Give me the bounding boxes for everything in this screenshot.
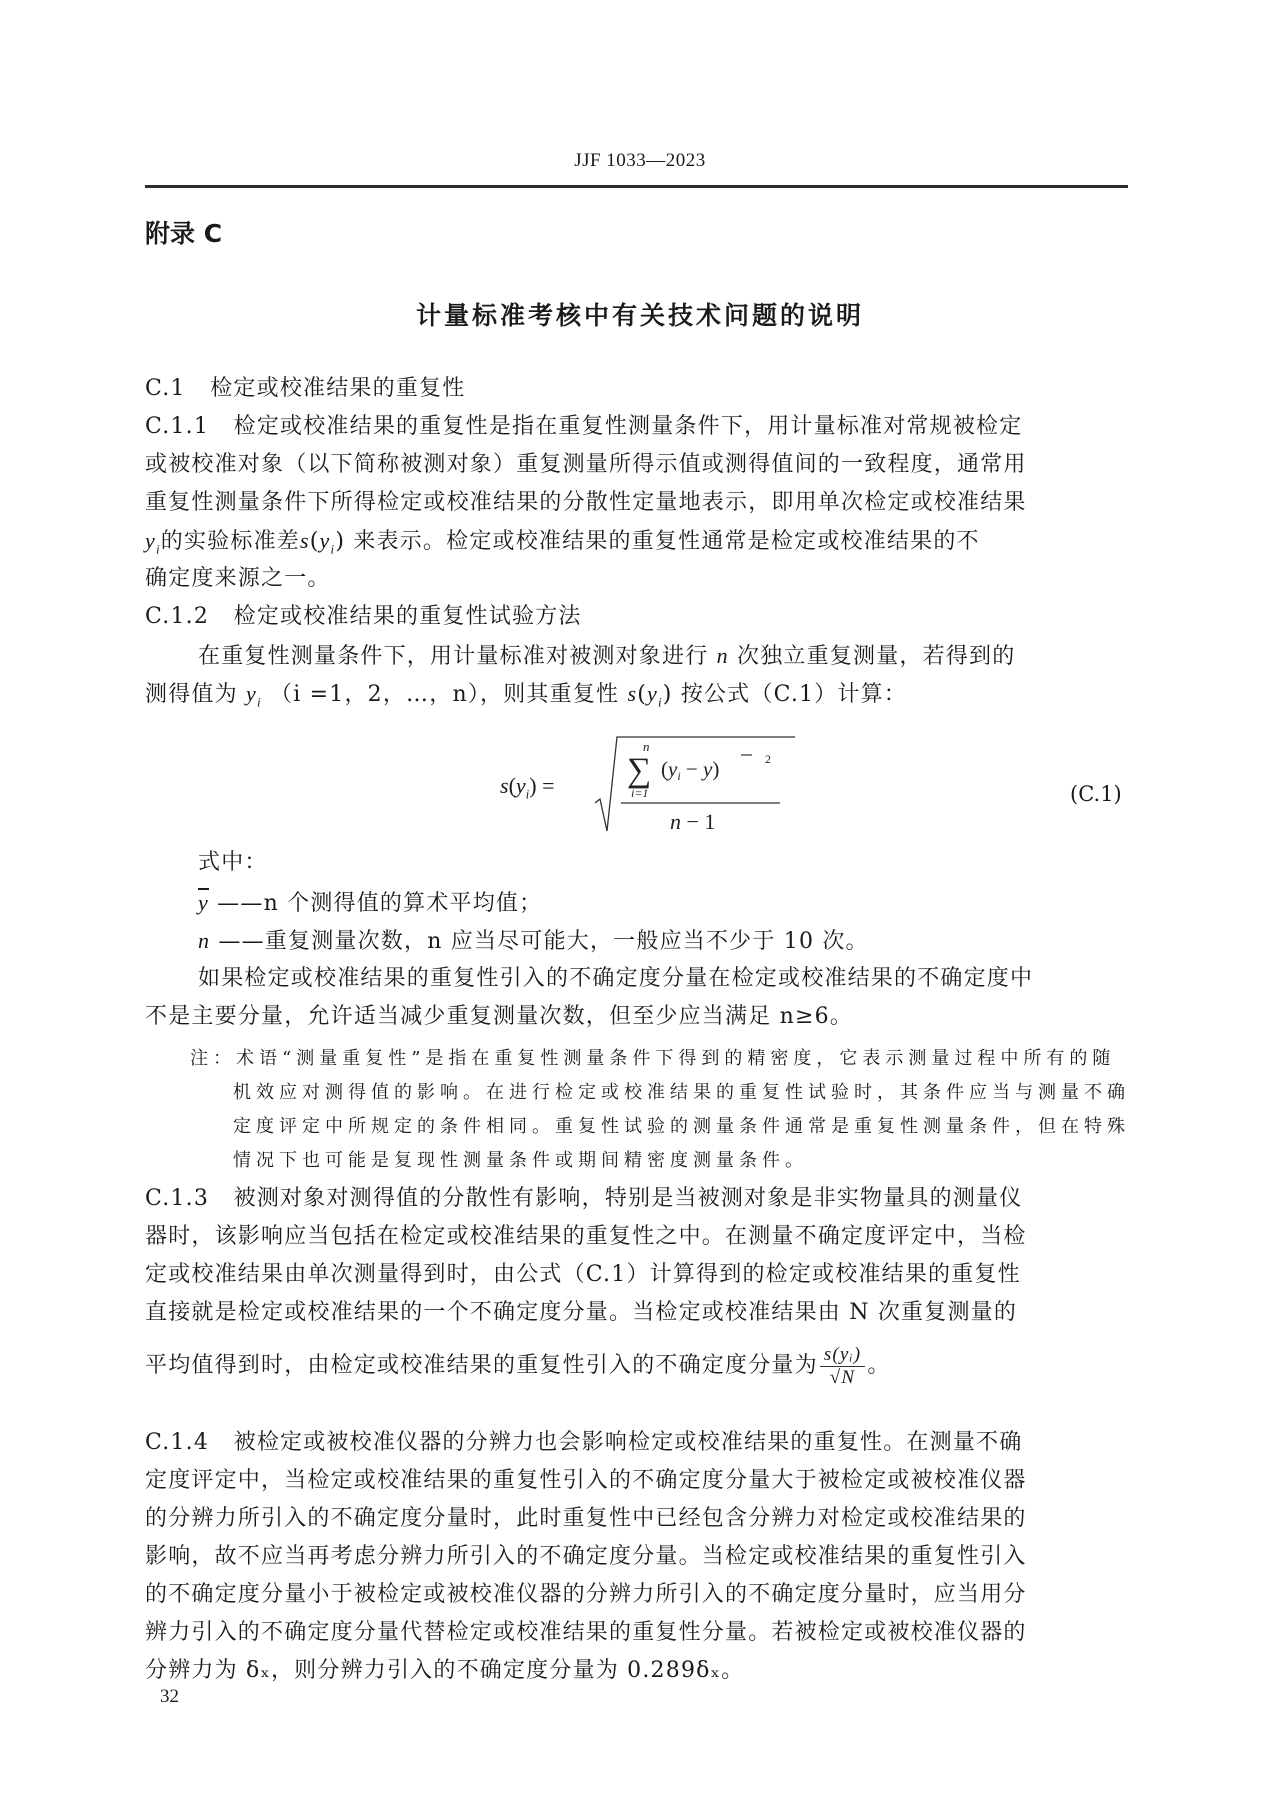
section-number: C.1 [145, 376, 186, 401]
text: ——重复测量次数，n 应当尽可能大，一般应当不少于 10 次。 [218, 929, 868, 954]
text: （i =1，2，…，n），则其重复性 [270, 682, 619, 707]
paragraph-c13-line-4: 直接就是检定或校准结果的一个不确定度分量。当检定或校准结果由 N 次重复测量的 [145, 1298, 1135, 1328]
paragraph-c14-line-4: 影响，故不应当再考虑分辨力所引入的不确定度分量。当检定或校准结果的重复性引入 [145, 1542, 1135, 1572]
symbol-s-yi: s [300, 528, 310, 553]
paragraph-c11-line-1: C.1.1 检定或校准结果的重复性是指在重复性测量条件下，用计量标准对常规被检定 [145, 412, 1135, 442]
appendix-label: 附录 C [145, 214, 222, 250]
formula-c1: s(yi) = n ∑ i=1 (yi − y) 2 n − 1 [500, 735, 800, 835]
text: 次独立重复测量，若得到的 [737, 644, 1015, 669]
page-title: 计量标准考核中有关技术问题的说明 [0, 296, 1280, 332]
text: ——n 个测得值的算术平均值； [217, 891, 542, 916]
page-number: 32 [160, 1686, 179, 1708]
paragraph-c14-line-2: 定度评定中，当检定或校准结果的重复性引入的不确定度分量大于被检定或被校准仪器 [145, 1466, 1135, 1496]
inline-fraction: s(yᵢ)√N [820, 1344, 866, 1389]
text: 测得值为 [145, 682, 238, 707]
text: 被测对象对测得值的分散性有影响，特别是当被测对象是非实物量具的测量仪 [234, 1186, 1023, 1211]
paragraph-c14-line-1: C.1.4 被检定或被校准仪器的分辨力也会影响检定或校准结果的重复性。在测量不确 [145, 1428, 1135, 1458]
paragraph-c12-line-2: 测得值为 yi （i =1，2，…，n），则其重复性 s(yi) 按公式（C.1… [145, 679, 1135, 717]
paragraph-c14-line-3: 的分辨力所引入的不确定度分量时，此时重复性中已经包含分辨力对检定或校准结果的 [145, 1504, 1135, 1534]
section-c12-heading: C.1.2 检定或校准结果的重复性试验方法 [145, 602, 1135, 632]
text: 。 [867, 1353, 890, 1378]
text: 来表示。检定或校准结果的重复性通常是检定或校准结果的不 [353, 529, 979, 554]
where-item-n: n ——重复测量次数，n 应当尽可能大，一般应当不少于 10 次。 [198, 926, 1188, 957]
note-line-3: 定度评定中所规定的条件相同。重复性试验的测量条件通常是重复性测量条件，但在特殊 [233, 1112, 1223, 1142]
paragraph-c13-line-3: 定或校准结果由单次测量得到时，由公式（C.1）计算得到的检定或校准结果的重复性 [145, 1260, 1135, 1290]
section-number: C.1.2 [145, 604, 209, 629]
text: 按公式（C.1）计算： [681, 682, 907, 707]
symbol-n: n [198, 928, 210, 953]
section-c1-heading: C.1 检定或校准结果的重复性 [145, 374, 1135, 404]
svg-text:∑: ∑ [627, 752, 651, 789]
section-heading: 检定或校准结果的重复性 [210, 376, 465, 401]
symbol-ybar: y [198, 890, 209, 915]
text: 被检定或被校准仪器的分辨力也会影响检定或校准结果的重复性。在测量不确 [234, 1430, 1023, 1455]
symbol-n: n [717, 643, 729, 668]
paragraph-c14-line-6: 辨力引入的不确定度分量代替检定或校准结果的重复性分量。若被检定或被校准仪器的 [145, 1618, 1135, 1648]
svg-text:(yi − y): (yi − y) [661, 757, 719, 783]
section-heading: 检定或校准结果的重复性试验方法 [234, 604, 582, 629]
paragraph-c12-line-1: 在重复性测量条件下，用计量标准对被测对象进行 n 次独立重复测量，若得到的 [198, 641, 1188, 672]
fraction-numerator: s(yᵢ) [820, 1344, 866, 1367]
paragraph-c14-line-7: 分辨力为 δₓ，则分辨力引入的不确定度分量为 0.289δₓ。 [145, 1656, 1135, 1686]
formula-lhs: s(yi) = [500, 773, 555, 802]
paragraph-c11-line-4: yi的实验标准差s(yi) 来表示。检定或校准结果的重复性通常是检定或校准结果的… [145, 526, 1135, 564]
svg-text:i=1: i=1 [631, 786, 648, 800]
note-line-4: 情况下也可能是复现性测量条件或期间精密度测量条件。 [233, 1146, 1223, 1176]
formula-sqrt-fraction: n ∑ i=1 (yi − y) 2 n − 1 [595, 735, 795, 835]
paragraph-c13-line-5: 平均值得到时，由检定或校准结果的重复性引入的不确定度分量为s(yᵢ)√N。 [145, 1336, 1135, 1396]
paragraph-c13-line-1: C.1.3 被测对象对测得值的分散性有影响，特别是当被测对象是非实物量具的测量仪 [145, 1184, 1135, 1214]
section-number: C.1.3 [145, 1186, 209, 1211]
paragraph-c12-cont-line-2: 不是主要分量，允许适当减少重复测量次数，但至少应当满足 n≥6。 [145, 1002, 1135, 1032]
paragraph-c11-line-3: 重复性测量条件下所得检定或校准结果的分散性定量地表示，即用单次检定或校准结果 [145, 488, 1135, 518]
equation-number: (C.1) [1070, 782, 1122, 806]
paragraph-c11-line-2: 或被校准对象（以下简称被测对象）重复测量所得示值或测得值间的一致程度，通常用 [145, 450, 1135, 480]
note-line-1: 注：术语“测量重复性”是指在重复性测量条件下得到的精密度，它表示测量过程中所有的… [190, 1044, 1180, 1074]
fraction-denominator: √N [820, 1367, 866, 1389]
svg-text:n − 1: n − 1 [670, 809, 715, 834]
section-number: C.1.4 [145, 1430, 209, 1455]
header-rule [145, 185, 1128, 188]
text: 在重复性测量条件下，用计量标准对被测对象进行 [198, 644, 708, 669]
paragraph-c12-cont-line-1: 如果检定或校准结果的重复性引入的不确定度分量在检定或校准结果的不确定度中 [198, 964, 1188, 994]
text: 平均值得到时，由检定或校准结果的重复性引入的不确定度分量为 [145, 1353, 818, 1378]
symbol-yi: yi [145, 528, 161, 553]
paragraph-c11-line-5: 确定度来源之一。 [145, 564, 1135, 594]
symbol-yi: yi [246, 681, 262, 706]
note-line-2: 机效应对测得值的影响。在进行检定或校准结果的重复性试验时，其条件应当与测量不确 [233, 1078, 1223, 1108]
paragraph-c14-line-5: 的不确定度分量小于被检定或被校准仪器的分辨力所引入的不确定度分量时，应当用分 [145, 1580, 1135, 1610]
where-item-ybar: y ——n 个测得值的算术平均值； [198, 888, 1188, 919]
document-code-header: JJF 1033—2023 [0, 150, 1280, 172]
symbol-s-yi: s [627, 681, 637, 706]
text: 检定或校准结果的重复性是指在重复性测量条件下，用计量标准对常规被检定 [234, 414, 1023, 439]
text: 的实验标准差 [161, 529, 300, 554]
svg-text:2: 2 [765, 752, 771, 766]
where-label: 式中： [198, 848, 1188, 878]
paragraph-c13-line-2: 器时，该影响应当包括在检定或校准结果的重复性之中。在测量不确定度评定中，当检 [145, 1222, 1135, 1252]
section-number: C.1.1 [145, 414, 209, 439]
